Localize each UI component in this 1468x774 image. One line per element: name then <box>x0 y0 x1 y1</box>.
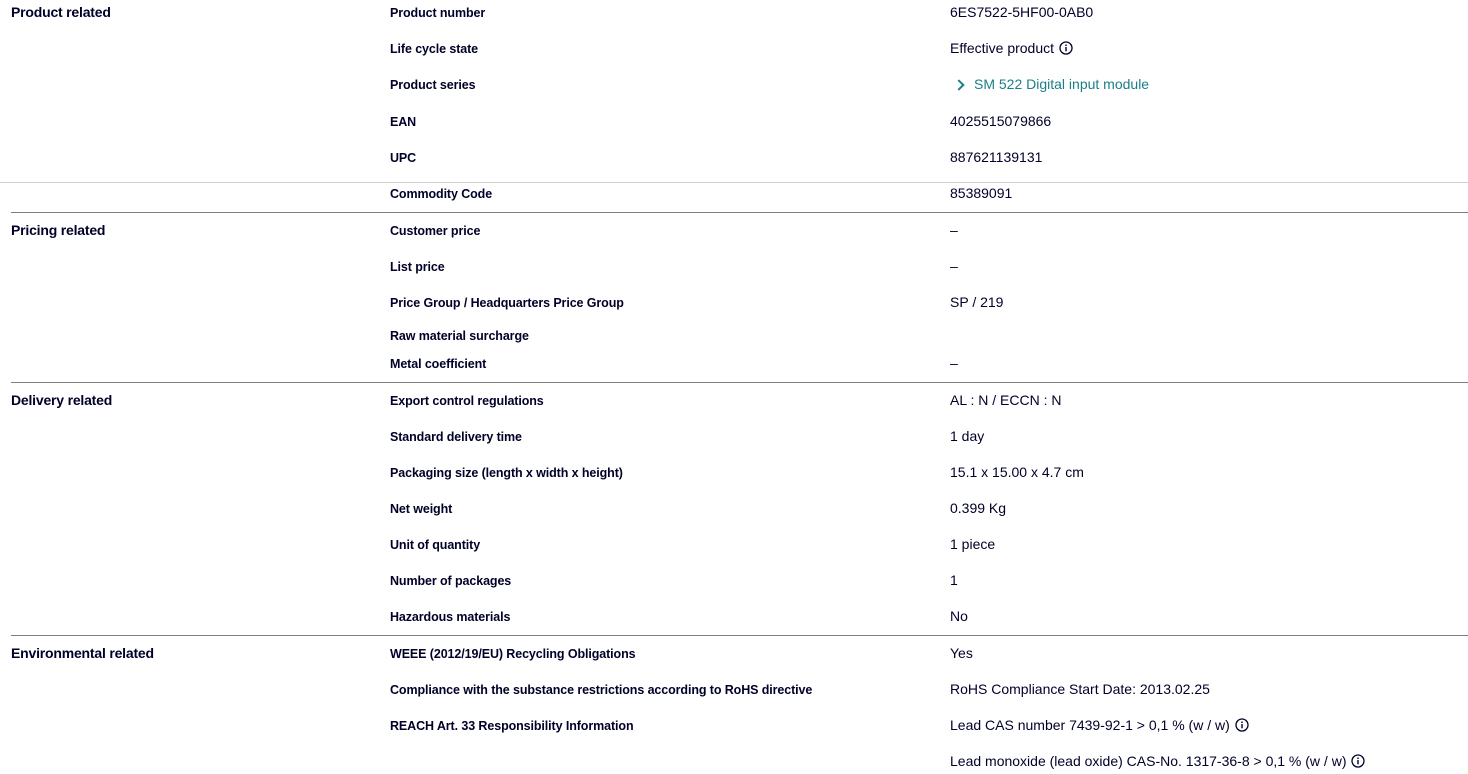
number-of-packages-text: 1 <box>950 572 958 588</box>
value-packaging-size: 15.1 x 15.00 x 4.7 cm <box>950 464 1084 480</box>
commodity-code-text: 85389091 <box>950 185 1012 201</box>
label-net-weight: Net weight <box>390 502 452 516</box>
label-product-number: Product number <box>390 6 485 20</box>
label-standard-delivery-time: Standard delivery time <box>390 430 522 444</box>
label-unit-of-quantity: Unit of quantity <box>390 538 480 552</box>
row-divider <box>0 182 1468 183</box>
value-list-price: – <box>950 258 958 274</box>
section-title-environmental: Environmental related <box>11 645 154 661</box>
label-number-of-packages: Number of packages <box>390 574 511 588</box>
value-metal-coefficient: – <box>950 355 958 371</box>
label-weee: WEEE (2012/19/EU) Recycling Obligations <box>390 647 635 661</box>
value-standard-delivery-time: 1 day <box>950 428 984 444</box>
section-title-product: Product related <box>11 4 111 20</box>
value-customer-price: – <box>950 222 958 238</box>
standard-delivery-time-text: 1 day <box>950 428 984 444</box>
label-rohs: Compliance with the substance restrictio… <box>390 683 812 697</box>
section-divider <box>11 635 1468 636</box>
value-price-group: SP / 219 <box>950 294 1003 310</box>
net-weight-text: 0.399 Kg <box>950 500 1006 516</box>
value-upc: 887621139131 <box>950 149 1042 165</box>
label-reach: REACH Art. 33 Responsibility Information <box>390 719 633 733</box>
export-control-text: AL : N / ECCN : N <box>950 392 1062 408</box>
value-net-weight: 0.399 Kg <box>950 500 1006 516</box>
ean-text: 4025515079866 <box>950 113 1051 129</box>
weee-text: Yes <box>950 645 973 661</box>
hazardous-materials-text: No <box>950 608 968 624</box>
label-upc: UPC <box>390 151 416 165</box>
label-commodity-code: Commodity Code <box>390 187 492 201</box>
product-series-text[interactable]: SM 522 Digital input module <box>974 76 1149 92</box>
list-price-text: – <box>950 258 958 274</box>
label-raw-material-surcharge: Raw material surcharge <box>390 329 529 343</box>
value-hazardous-materials: No <box>950 608 968 624</box>
label-product-series: Product series <box>390 78 475 92</box>
label-price-group: Price Group / Headquarters Price Group <box>390 296 624 310</box>
section-title-pricing: Pricing related <box>11 222 105 238</box>
reach-lead-monoxide-text: Lead monoxide (lead oxide) CAS-No. 1317-… <box>950 753 1346 769</box>
chevron-right-icon <box>953 79 964 90</box>
value-number-of-packages: 1 <box>950 572 958 588</box>
value-commodity-code: 85389091 <box>950 185 1012 201</box>
value-weee: Yes <box>950 645 973 661</box>
value-reach-lead-monoxide: Lead monoxide (lead oxide) CAS-No. 1317-… <box>950 753 1365 769</box>
value-rohs: RoHS Compliance Start Date: 2013.02.25 <box>950 681 1210 697</box>
info-icon[interactable] <box>1235 718 1249 732</box>
upc-text: 887621139131 <box>950 149 1042 165</box>
price-group-text: SP / 219 <box>950 294 1003 310</box>
label-life-cycle-state: Life cycle state <box>390 42 478 56</box>
label-list-price: List price <box>390 260 445 274</box>
metal-coefficient-text: – <box>950 355 958 371</box>
value-reach-lead: Lead CAS number 7439-92-1 > 0,1 % (w / w… <box>950 717 1249 733</box>
label-packaging-size: Packaging size (length x width x height) <box>390 466 623 480</box>
reach-lead-text: Lead CAS number 7439-92-1 > 0,1 % (w / w… <box>950 717 1230 733</box>
label-export-control: Export control regulations <box>390 394 544 408</box>
packaging-size-text: 15.1 x 15.00 x 4.7 cm <box>950 464 1084 480</box>
value-ean: 4025515079866 <box>950 113 1051 129</box>
label-ean: EAN <box>390 115 416 129</box>
label-metal-coefficient: Metal coefficient <box>390 357 486 371</box>
value-export-control: AL : N / ECCN : N <box>950 392 1062 408</box>
section-divider <box>11 382 1468 383</box>
info-icon[interactable] <box>1059 41 1073 55</box>
product-number-text: 6ES7522-5HF00-0AB0 <box>950 4 1093 20</box>
unit-of-quantity-text: 1 piece <box>950 536 995 552</box>
label-hazardous-materials: Hazardous materials <box>390 610 510 624</box>
rohs-text: RoHS Compliance Start Date: 2013.02.25 <box>950 681 1210 697</box>
value-unit-of-quantity: 1 piece <box>950 536 995 552</box>
section-divider <box>11 212 1468 213</box>
value-life-cycle-state: Effective product <box>950 40 1073 56</box>
product-series-link[interactable]: SM 522 Digital input module <box>955 76 1149 92</box>
info-icon[interactable] <box>1351 754 1365 768</box>
section-title-delivery: Delivery related <box>11 392 112 408</box>
customer-price-text: – <box>950 222 958 238</box>
value-product-number: 6ES7522-5HF00-0AB0 <box>950 4 1093 20</box>
life-cycle-state-text: Effective product <box>950 40 1054 56</box>
label-customer-price: Customer price <box>390 224 480 238</box>
